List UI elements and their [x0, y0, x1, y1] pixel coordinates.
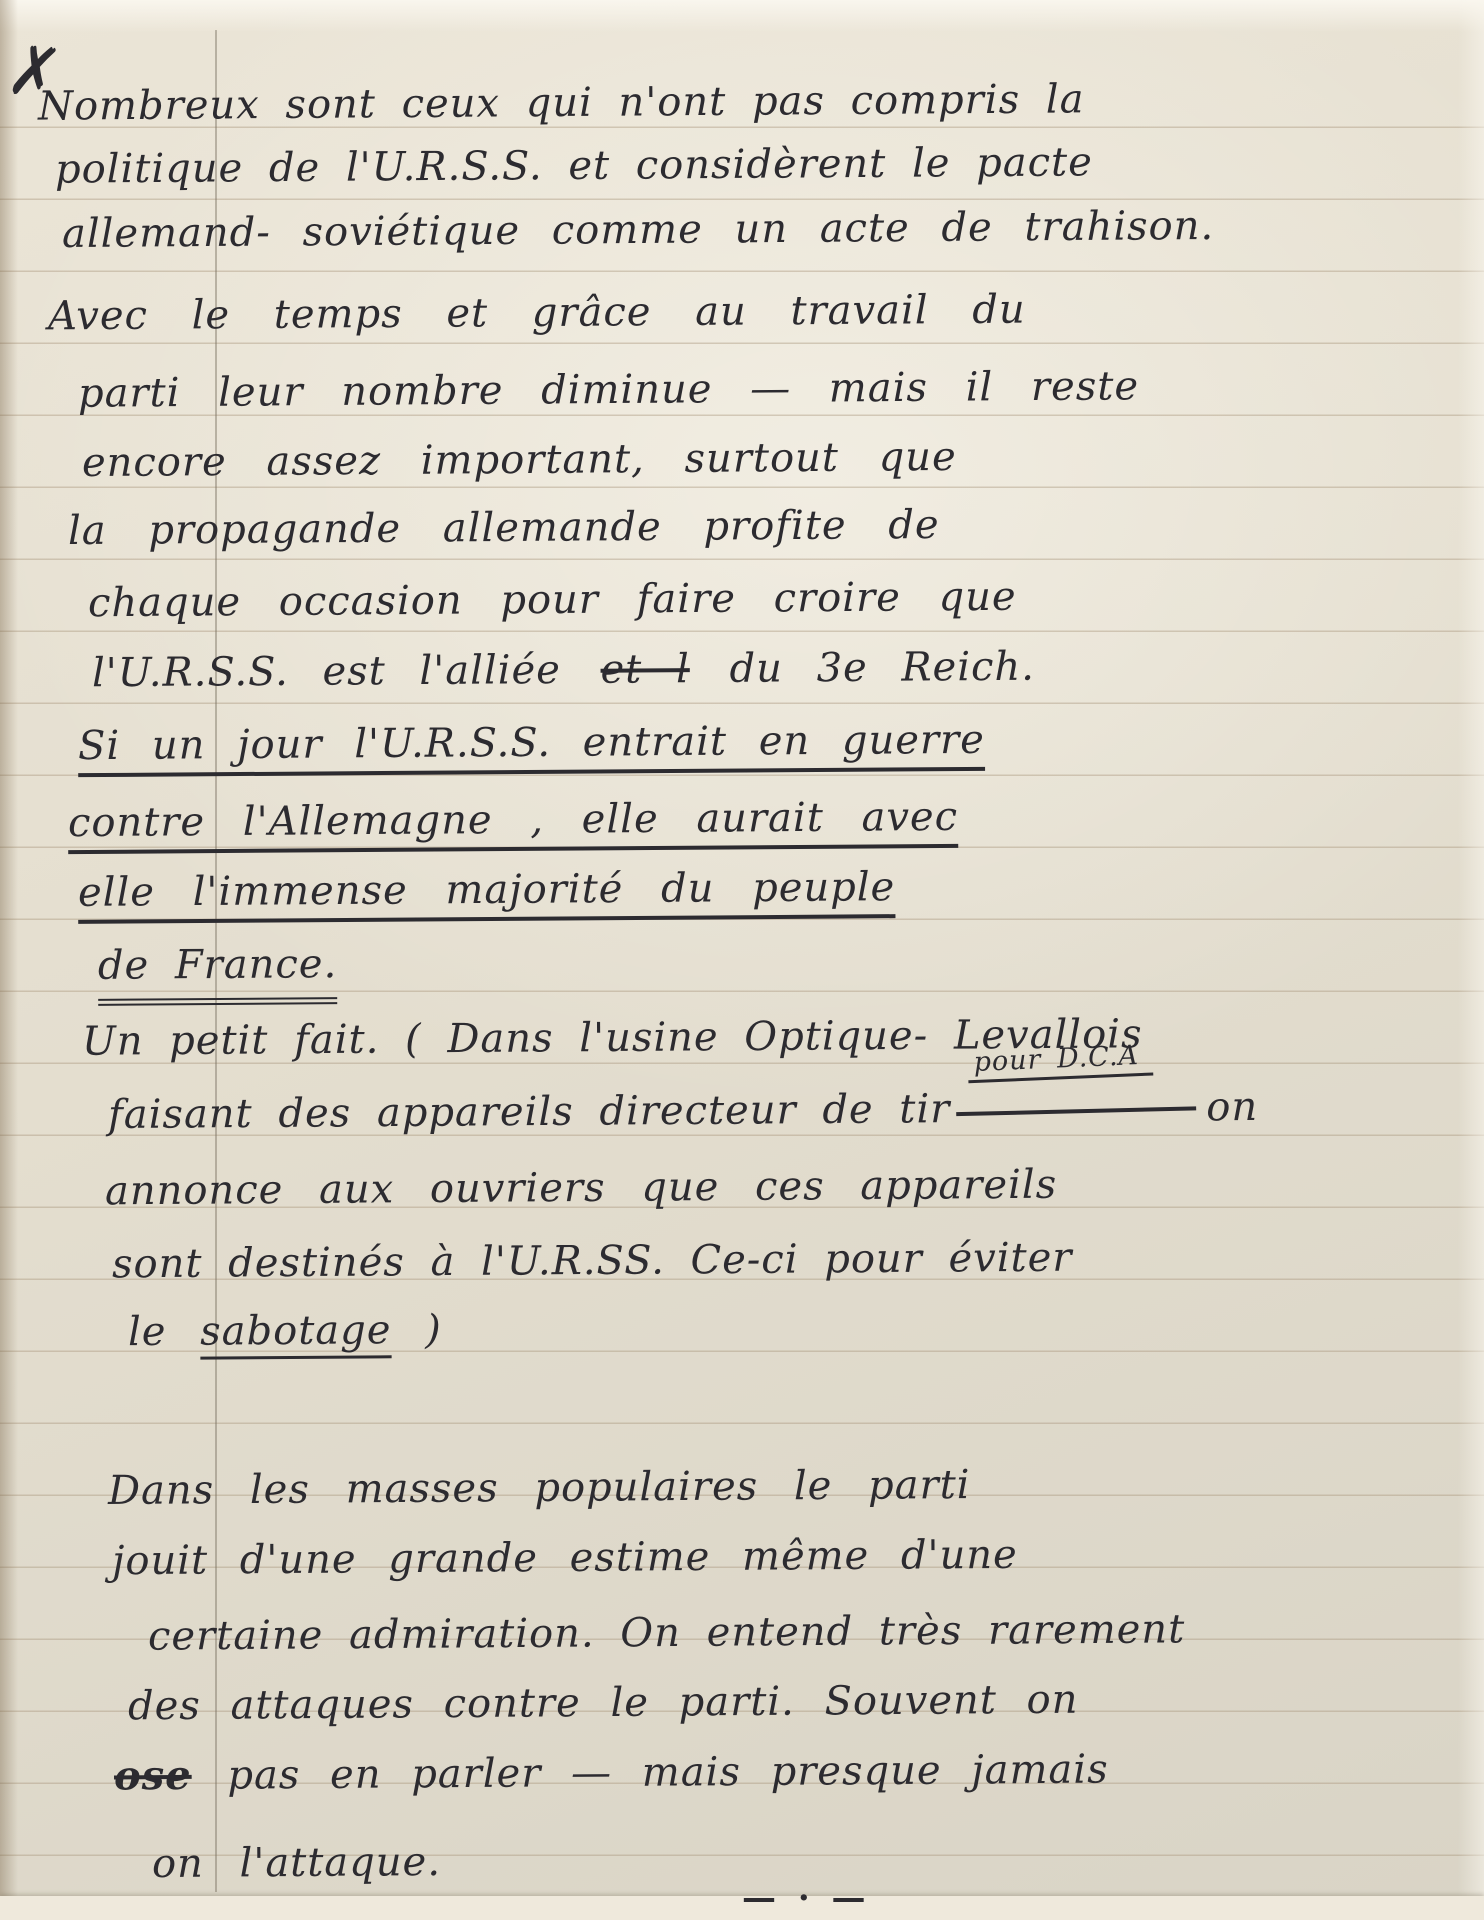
line-text: annonce aux ouvriers que ces appareils	[105, 1162, 1057, 1215]
line-text: Nombreux sont ceux qui n'ont pas compris…	[38, 76, 1085, 129]
page-left-edge	[0, 0, 18, 1920]
line-tail-text: on	[1206, 1084, 1258, 1130]
handwritten-line: sont destinés à l'U.R.SS. Ce-ci pour évi…	[112, 1230, 1073, 1293]
handwritten-line: politique de l'U.R.S.S. et considèrent l…	[55, 134, 1093, 197]
handwritten-line: jouit d'une grande estime même d'une	[112, 1527, 1018, 1589]
line-text: faisant des appareils directeur de tir	[108, 1086, 951, 1138]
line-text: Avec le temps et grâce au travail du	[48, 287, 1026, 340]
line-text: pas en parler — mais presque jamais	[227, 1747, 1109, 1799]
handwritten-line: allemand- soviétique comme un acte de tr…	[62, 198, 1215, 262]
line-text: encore assez important, surtout que	[82, 434, 957, 486]
underlined-text: elle l'immense majorité du peuple	[78, 864, 896, 916]
handwritten-line-underlined: Si un jour l'U.R.S.S. entrait en guerre	[78, 712, 985, 774]
line-text: )	[425, 1307, 442, 1353]
struck-out-text: ose	[108, 1752, 198, 1800]
line-text: certaine admiration. On entend très rare…	[148, 1606, 1185, 1659]
handwritten-line: faisant des appareils directeur de tiron…	[108, 1079, 1259, 1143]
struck-out-text: et l	[594, 646, 696, 693]
handwritten-line: encore assez important, surtout que	[82, 429, 957, 491]
handwritten-line: des attaques contre le parti. Souvent on	[128, 1672, 1079, 1735]
line-text: on l'attaque.	[152, 1839, 441, 1887]
handwritten-line: le sabotage )	[128, 1302, 442, 1360]
line-text: du 3e Reich.	[729, 644, 1035, 692]
underlined-word: sabotage	[200, 1307, 392, 1354]
line-text: Dans les masses populaires le parti	[108, 1462, 971, 1514]
line-text: la propagande allemande profite de	[68, 502, 940, 554]
page-top-edge	[0, 0, 1484, 32]
handwritten-line: l'U.R.S.S. est l'alliée et l du 3e Reich…	[92, 639, 1035, 702]
line-text: allemand- soviétique comme un acte de tr…	[62, 203, 1214, 257]
handwritten-line: la propagande allemande profite de	[68, 497, 940, 559]
handwritten-line: Nombreux sont ceux qui n'ont pas compris…	[38, 71, 1085, 134]
handwritten-line-underlined: contre l'Allemagne , elle aurait avec	[68, 789, 958, 851]
line-text: sont destinés à l'U.R.SS. Ce-ci pour évi…	[112, 1235, 1073, 1288]
handwritten-line-underlined: de France.	[98, 936, 338, 1006]
handwritten-line: chaque occasion pour faire croire que	[88, 569, 1017, 631]
line-text: politique de l'U.R.S.S. et considèrent l…	[55, 139, 1093, 192]
underlined-text: de France.	[98, 936, 338, 1006]
handwritten-line: parti leur nombre diminue — mais il rest…	[78, 358, 1139, 421]
line-text: le	[128, 1309, 167, 1355]
handwritten-line: ose pas en parler — mais presque jamais	[108, 1742, 1109, 1805]
manuscript-page: ✗ Nombreux sont ceux qui n'ont pas compr…	[0, 0, 1484, 1920]
underlined-text: Si un jour l'U.R.S.S. entrait en guerre	[78, 717, 985, 769]
page-right-edge	[1458, 0, 1484, 1920]
line-text: l'U.R.S.S. est l'alliée	[92, 647, 561, 696]
handwritten-line-underlined: elle l'immense majorité du peuple	[78, 859, 896, 921]
line-text: chaque occasion pour faire croire que	[88, 574, 1017, 626]
handwritten-line: on l'attaque.	[152, 1834, 441, 1892]
handwritten-line: Avec le temps et grâce au travail du	[48, 282, 1026, 345]
inserted-annotation: pour D.C.A	[967, 1040, 1154, 1083]
line-text: parti leur nombre diminue — mais il rest…	[78, 363, 1139, 416]
swoosh-line	[956, 1086, 1197, 1116]
handwritten-line: Dans les masses populaires le parti	[108, 1457, 971, 1519]
end-dash-mark: — · —	[742, 1878, 871, 1918]
handwritten-line: certaine admiration. On entend très rare…	[148, 1601, 1186, 1664]
underlined-text: contre l'Allemagne , elle aurait avec	[68, 794, 958, 846]
line-text: jouit d'une grande estime même d'une	[112, 1532, 1018, 1584]
line-text: des attaques contre le parti. Souvent on	[128, 1677, 1079, 1730]
handwritten-line: annonce aux ouvriers que ces appareils	[105, 1157, 1058, 1220]
